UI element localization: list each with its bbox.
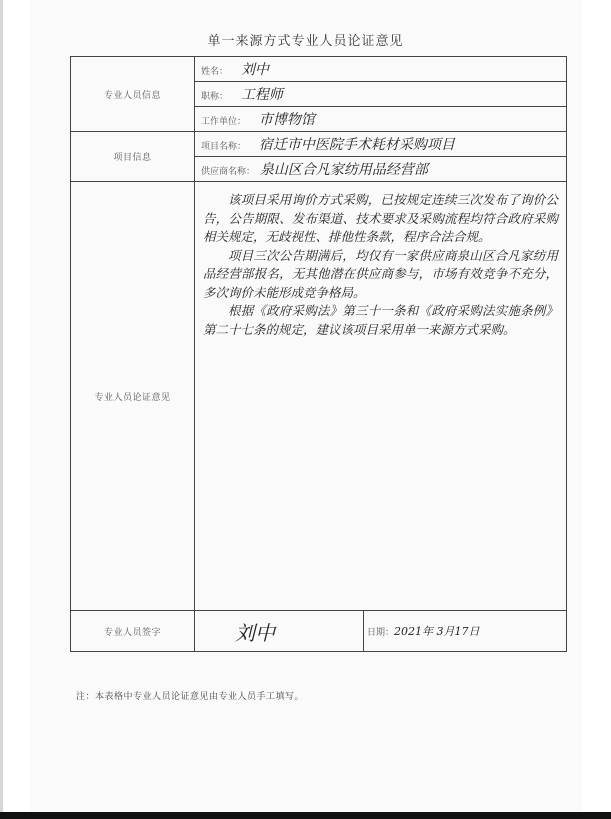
title-label: 职称： [201, 92, 228, 102]
signature-value: 刘中 [195, 611, 364, 652]
opinion-paragraph: 项目三次公告期满后，均仅有一家供应商泉山区合凡家纺用品经营部报名，无其他潜在供应… [203, 247, 558, 303]
signature-row: 专业人员签字 刘中 日期：2021年 3月17日 [71, 611, 567, 652]
project-name-label: 项目名称： [201, 142, 246, 152]
opinion-paragraph: 该项目采用询价方式采购，已按规定连续三次发布了询价公告，公告期限、发布渠道、技术… [203, 191, 558, 247]
opinion-paragraph: 根据《政府采购法》第三十一条和《政府采购法实施条例》第二十七条的规定，建议该项目… [203, 302, 558, 339]
opinion-handwriting: 该项目采用询价方式采购，已按规定连续三次发布了询价公告，公告期限、发布渠道、技术… [195, 182, 566, 339]
section-label-signature: 专业人员签字 [71, 611, 195, 652]
workplace-field: 工作单位： 市博物馆 [195, 107, 567, 132]
opinion-row: 专业人员论证意见 该项目采用询价方式采购，已按规定连续三次发布了询价公告，公告期… [71, 182, 567, 611]
name-label: 姓名： [201, 67, 228, 77]
supplier-value: 泉山区合凡家纺用品经营部 [260, 162, 428, 178]
scan-edge [0, 0, 3, 819]
footnote: 注：本表格中专业人员论证意见由专业人员手工填写。 [76, 689, 304, 702]
opinion-form-table: 专业人员信息 姓名： 刘中 职称： 工程师 工作单位： 市博物馆 项目信息 项目… [70, 56, 567, 652]
title-value: 工程师 [241, 87, 283, 103]
date-value: 2021年 3月17日 [394, 625, 480, 638]
workplace-value: 市博物馆 [259, 112, 315, 128]
project-name-field: 项目名称： 宿迁市中医院手术耗材采购项目 [195, 132, 567, 157]
date-label: 日期： [367, 628, 394, 638]
field-row-project-name: 项目信息 项目名称： 宿迁市中医院手术耗材采购项目 [71, 132, 567, 157]
section-label-personnel: 专业人员信息 [71, 57, 195, 132]
project-name-value: 宿迁市中医院手术耗材采购项目 [259, 137, 455, 153]
opinion-cell: 该项目采用询价方式采购，已按规定连续三次发布了询价公告，公告期限、发布渠道、技术… [195, 182, 567, 611]
section-label-opinion: 专业人员论证意见 [71, 182, 195, 611]
date-field: 日期：2021年 3月17日 [364, 611, 567, 652]
supplier-field: 供应商名称： 泉山区合凡家纺用品经营部 [195, 157, 567, 182]
bottom-border [0, 812, 611, 819]
title-field: 职称： 工程师 [195, 82, 567, 107]
field-row-name: 专业人员信息 姓名： 刘中 [71, 57, 567, 82]
workplace-label: 工作单位： [201, 117, 246, 127]
document-title: 单一来源方式专业人员论证意见 [0, 30, 611, 49]
supplier-label: 供应商名称： [201, 167, 255, 177]
name-field: 姓名： 刘中 [195, 57, 567, 82]
name-value: 刘中 [241, 62, 269, 78]
section-label-project: 项目信息 [71, 132, 195, 182]
